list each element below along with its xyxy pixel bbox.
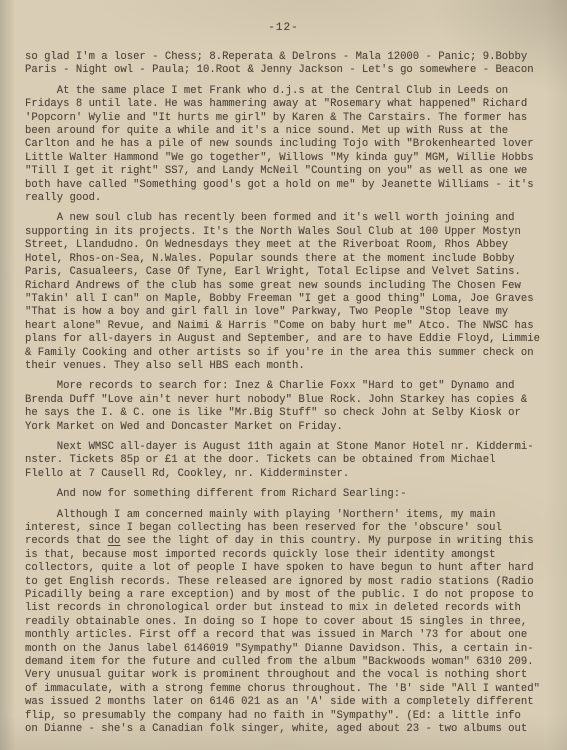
text-line: of immaculate, with a strong femme choru… xyxy=(25,683,567,696)
paragraph: More records to search for: Inez & Charl… xyxy=(25,380,567,434)
text-line: More records to search for: Inez & Charl… xyxy=(25,380,567,393)
scanned-page: -12- so glad I'm a loser - Chess; 8.Repe… xyxy=(0,0,567,750)
text-line: on Dianne - she's a Canadian folk singer… xyxy=(25,723,567,736)
text-line: Paris, Casualeers, Case Of Tyne, Earl Wr… xyxy=(25,266,567,279)
page-number: -12- xyxy=(25,22,542,34)
text-line: was issued 2 months later on 6146 021 as… xyxy=(25,696,567,709)
text-line: & Family Cooking and other artists so if… xyxy=(25,347,567,360)
text-line: been around for quite a while and it's a… xyxy=(25,125,567,138)
text-line: collectors, quite a lot of people I have… xyxy=(25,562,567,575)
text-line: Street, Llandudno. On Wednesdays they me… xyxy=(25,239,567,252)
paragraph: Next WMSC all-dayer is August 11th again… xyxy=(25,441,567,481)
text-line: month on the Janus label 6146019 "Sympat… xyxy=(25,643,567,656)
text-line: to get English records. These released a… xyxy=(25,576,567,589)
text-line: 'Popcorn' Wylie and "It hurts me girl" b… xyxy=(25,112,567,125)
text-line: Although I am concerned mainly with play… xyxy=(25,509,567,522)
paragraph: A new soul club has recently been formed… xyxy=(25,212,567,373)
text-line: records that do see the light of day in … xyxy=(25,535,567,548)
text-line: "That is how a boy and girl fall in love… xyxy=(25,306,567,319)
text-line: he says the I. & C. one is like "Mr.Big … xyxy=(25,407,567,420)
text-line: Richard Andrews of the club has some gre… xyxy=(25,280,567,293)
paragraph: And now for something different from Ric… xyxy=(25,488,567,501)
text-line: interest, since I began collecting has b… xyxy=(25,522,567,535)
text-line: Hotel, Rhos-on-Sea, N.Wales. Popular sou… xyxy=(25,253,567,266)
text-line: really good. xyxy=(25,192,567,205)
text-line: "Till I get it right" SS7, and Landy McN… xyxy=(25,165,567,178)
text-line: monthly articles. First off a record tha… xyxy=(25,629,567,642)
text-line: Brenda Duff "Love ain't never hurt nobod… xyxy=(25,394,567,407)
text-line: Flello at 7 Causell Rd, Cookley, nr. Kid… xyxy=(25,468,567,481)
text-line: Next WMSC all-dayer is August 11th again… xyxy=(25,441,567,454)
text-line: Very unusual guitar work is prominent th… xyxy=(25,669,567,682)
text-line: list records in chronological order but … xyxy=(25,602,567,615)
text-line: heart alone" Revue, and Naimi & Harris "… xyxy=(25,320,567,333)
text-line: Fridays 8 until late. He was hammering a… xyxy=(25,98,567,111)
text-line: A new soul club has recently been formed… xyxy=(25,212,567,225)
paragraph: At the same place I met Frank who d.j.s … xyxy=(25,85,567,206)
text-line: "Takin' all I can" on Maple, Bobby Freem… xyxy=(25,293,567,306)
text-line: so glad I'm a loser - Chess; 8.Reperata … xyxy=(25,51,567,64)
text-line: readily obtainable ones. In doing so I h… xyxy=(25,616,567,629)
paragraph: Although I am concerned mainly with play… xyxy=(25,509,567,737)
text-line: both have called "Something good's got a… xyxy=(25,179,567,192)
text-line: supporting in its projects. It's the Nor… xyxy=(25,226,567,239)
text-line: flip, so presumably the company had no f… xyxy=(25,710,567,723)
text-line: Little Walter Hammond "We go together", … xyxy=(25,152,567,165)
text-line: demand item for the future and culled fr… xyxy=(25,656,567,669)
paragraph: so glad I'm a loser - Chess; 8.Reperata … xyxy=(25,51,567,78)
text-line: nster. Tickets 85p or £1 at the door. Ti… xyxy=(25,454,567,467)
text-line: York Market on Wed and Doncaster Market … xyxy=(25,421,567,434)
text-line: their venues. They also sell HBS each mo… xyxy=(25,360,567,373)
text-line: At the same place I met Frank who d.j.s … xyxy=(25,85,567,98)
text-line: is that, because most imported records q… xyxy=(25,549,567,562)
text-line: And now for something different from Ric… xyxy=(25,488,567,501)
text-line: Paris - Night owl - Paula; 10.Root & Jen… xyxy=(25,64,567,77)
text-line: plans for all-dayers in August and Septe… xyxy=(25,333,567,346)
page-text: so glad I'm a loser - Chess; 8.Reperata … xyxy=(25,51,567,737)
text-line: Picadilly being a rare exception) and by… xyxy=(25,589,567,602)
text-line: Carlton and he has a pile of new sounds … xyxy=(25,138,567,151)
